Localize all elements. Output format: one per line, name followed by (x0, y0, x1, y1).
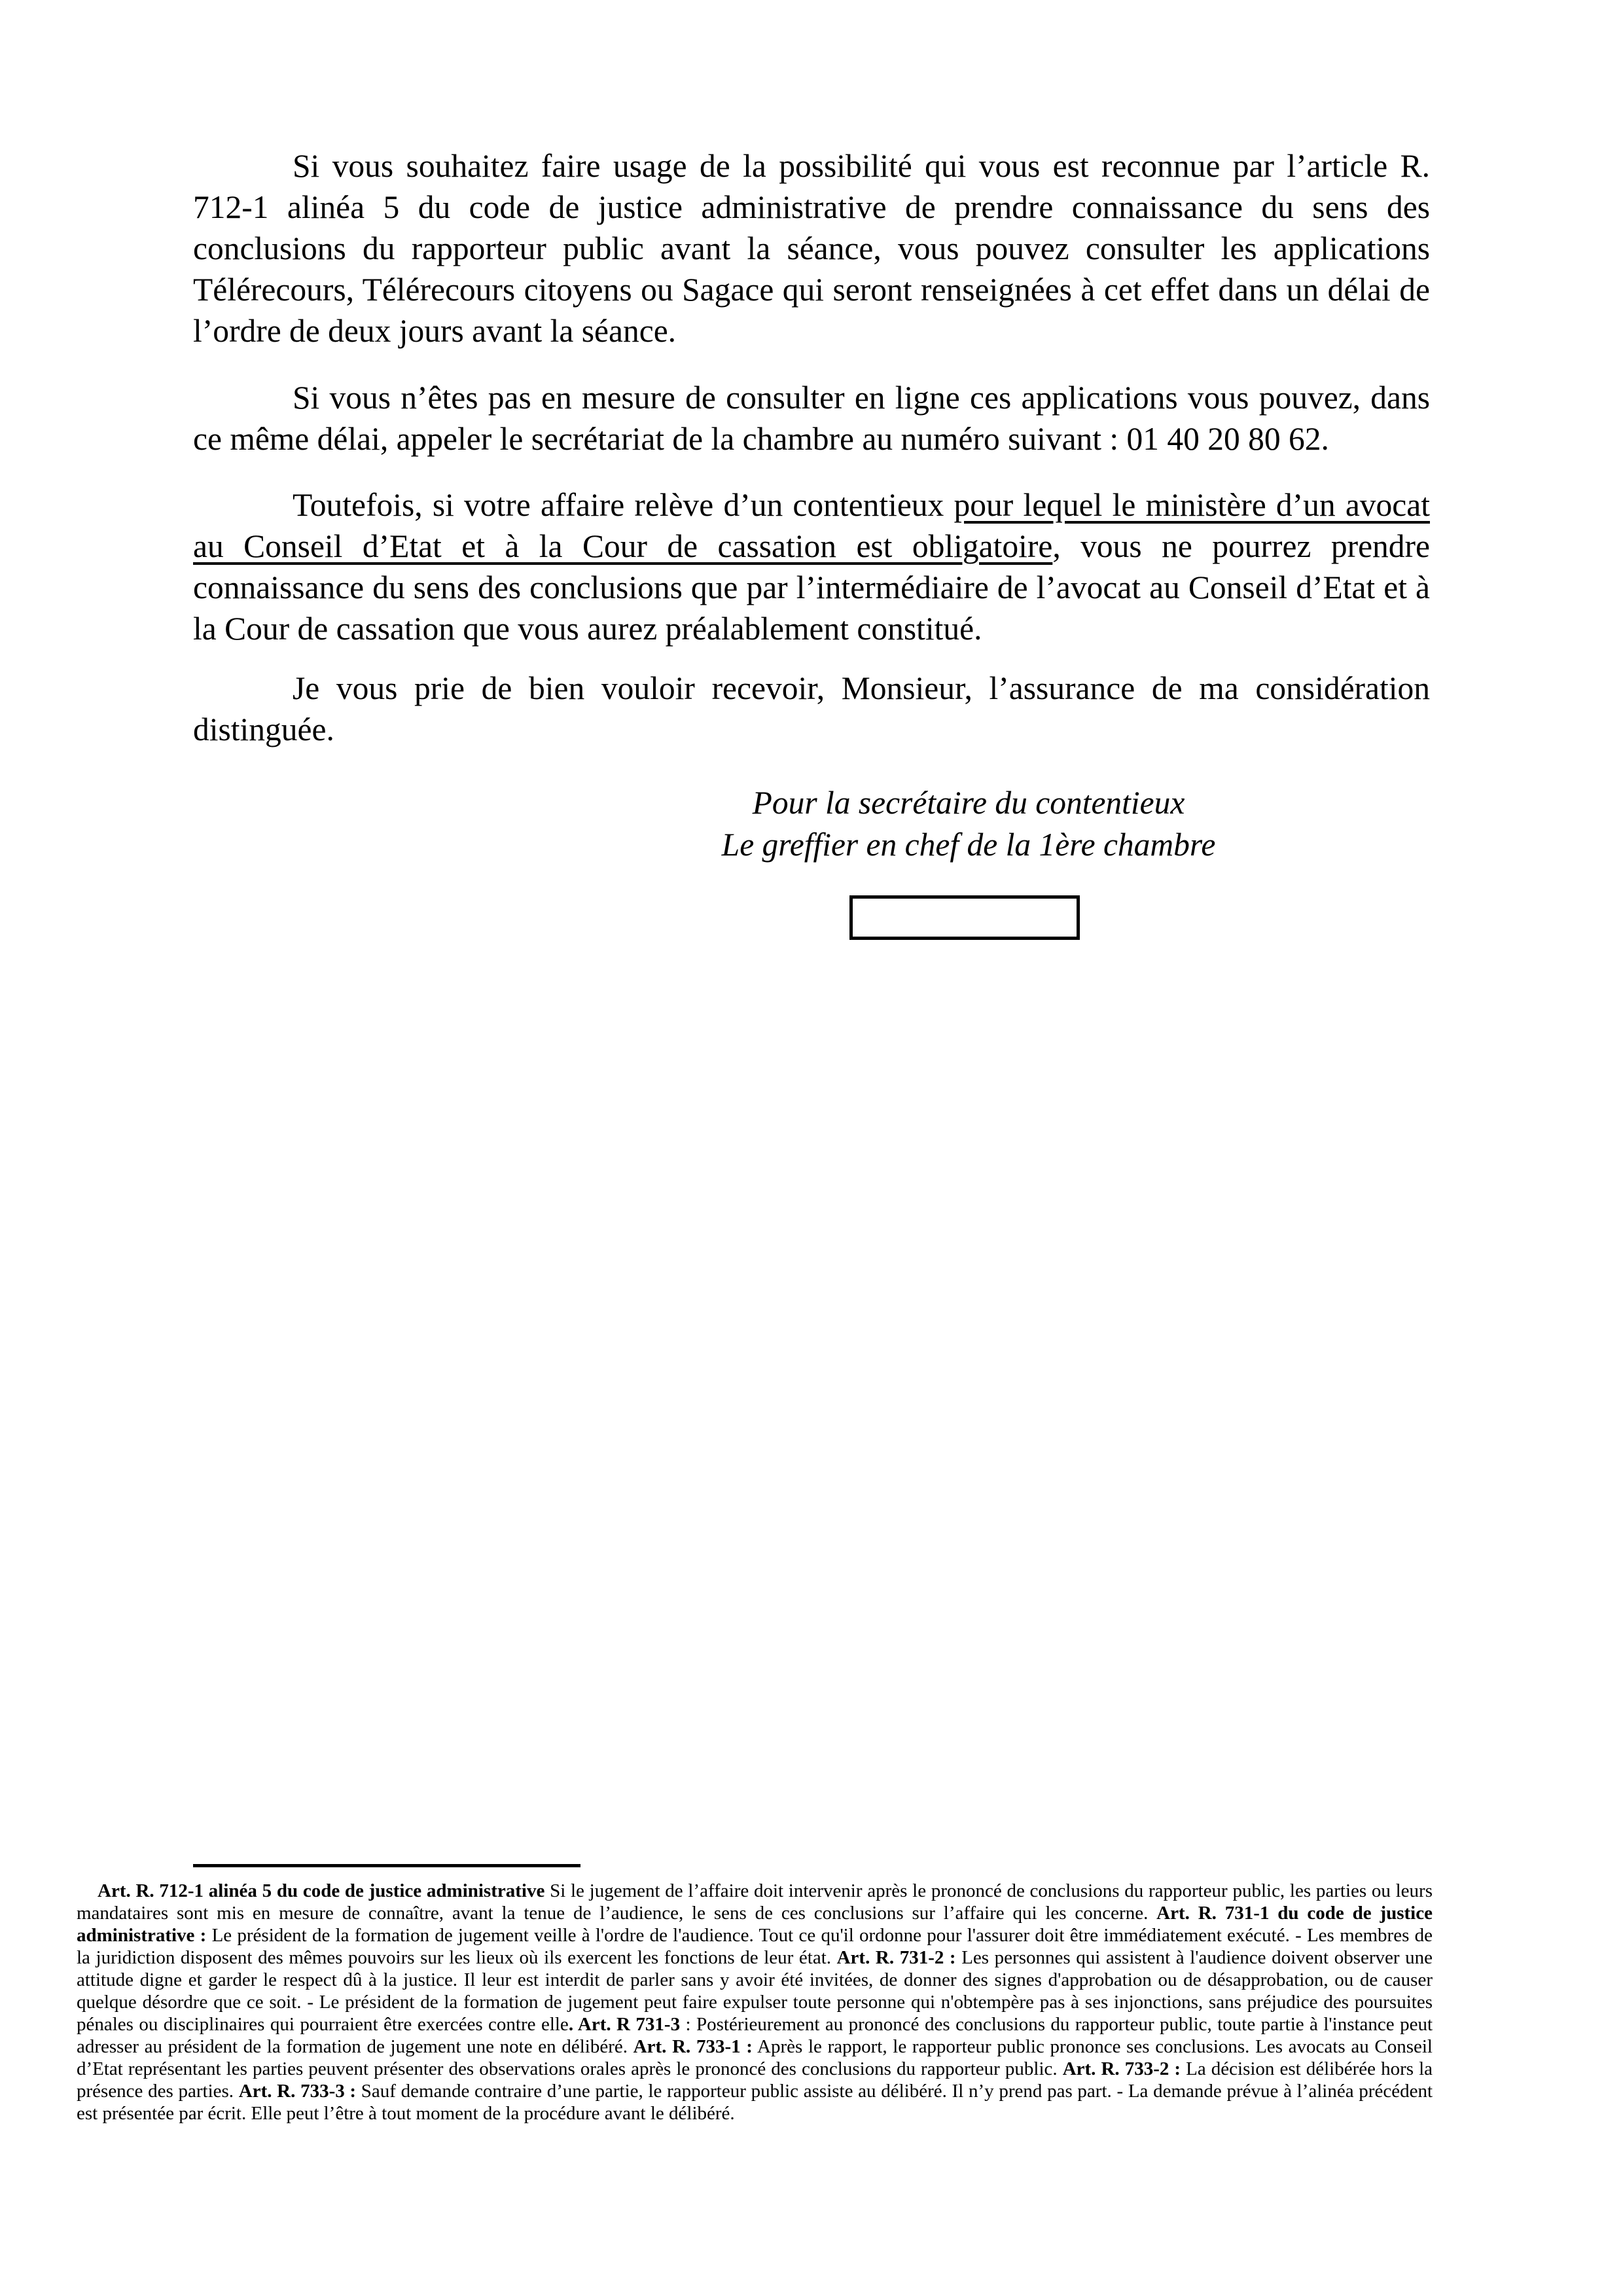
footnote-article-heading: Art. R. 733-3 : (239, 2081, 356, 2102)
paragraph-conclusions-access: Si vous souhaitez faire usage de la poss… (193, 145, 1430, 351)
signature-box (849, 895, 1080, 940)
paragraph-closing-formula: Je vous prie de bien vouloir recevoir, M… (193, 668, 1430, 750)
footnote-article-heading: Art. R. 733-1 : (633, 2036, 753, 2057)
signature-line-2: Le greffier en chef de la 1ère chambre (654, 824, 1283, 866)
paragraph-text-before: Toutefois, si votre affaire relève d’un … (293, 487, 954, 523)
paragraph-text: Si vous n’êtes pas en mesure de consulte… (193, 380, 1430, 457)
footnote-article-heading: Art. R. 733-2 : (1063, 2058, 1181, 2079)
footnote-article-heading: Art. R. 712-1 alinéa 5 du code de justic… (98, 1880, 544, 1901)
paragraph-text: Si vous souhaitez faire usage de la poss… (193, 148, 1430, 349)
paragraph-avocat-requirement: Toutefois, si votre affaire relève d’un … (193, 484, 1430, 649)
paragraph-phone-contact: Si vous n’êtes pas en mesure de consulte… (193, 377, 1430, 459)
footnote-article-heading: Art. R. 731-2 : (837, 1947, 956, 1968)
footnote-legal-articles: Art. R. 712-1 alinéa 5 du code de justic… (77, 1880, 1433, 2125)
paragraph-text: Je vous prie de bien vouloir recevoir, M… (193, 670, 1430, 747)
footnote-separator (193, 1864, 580, 1867)
document-page: Si vous souhaitez faire usage de la poss… (0, 0, 1623, 2296)
footnote-article-heading: . Art. R 731-3 (569, 2014, 680, 2035)
signature-line-1: Pour la secrétaire du contentieux (654, 782, 1283, 824)
